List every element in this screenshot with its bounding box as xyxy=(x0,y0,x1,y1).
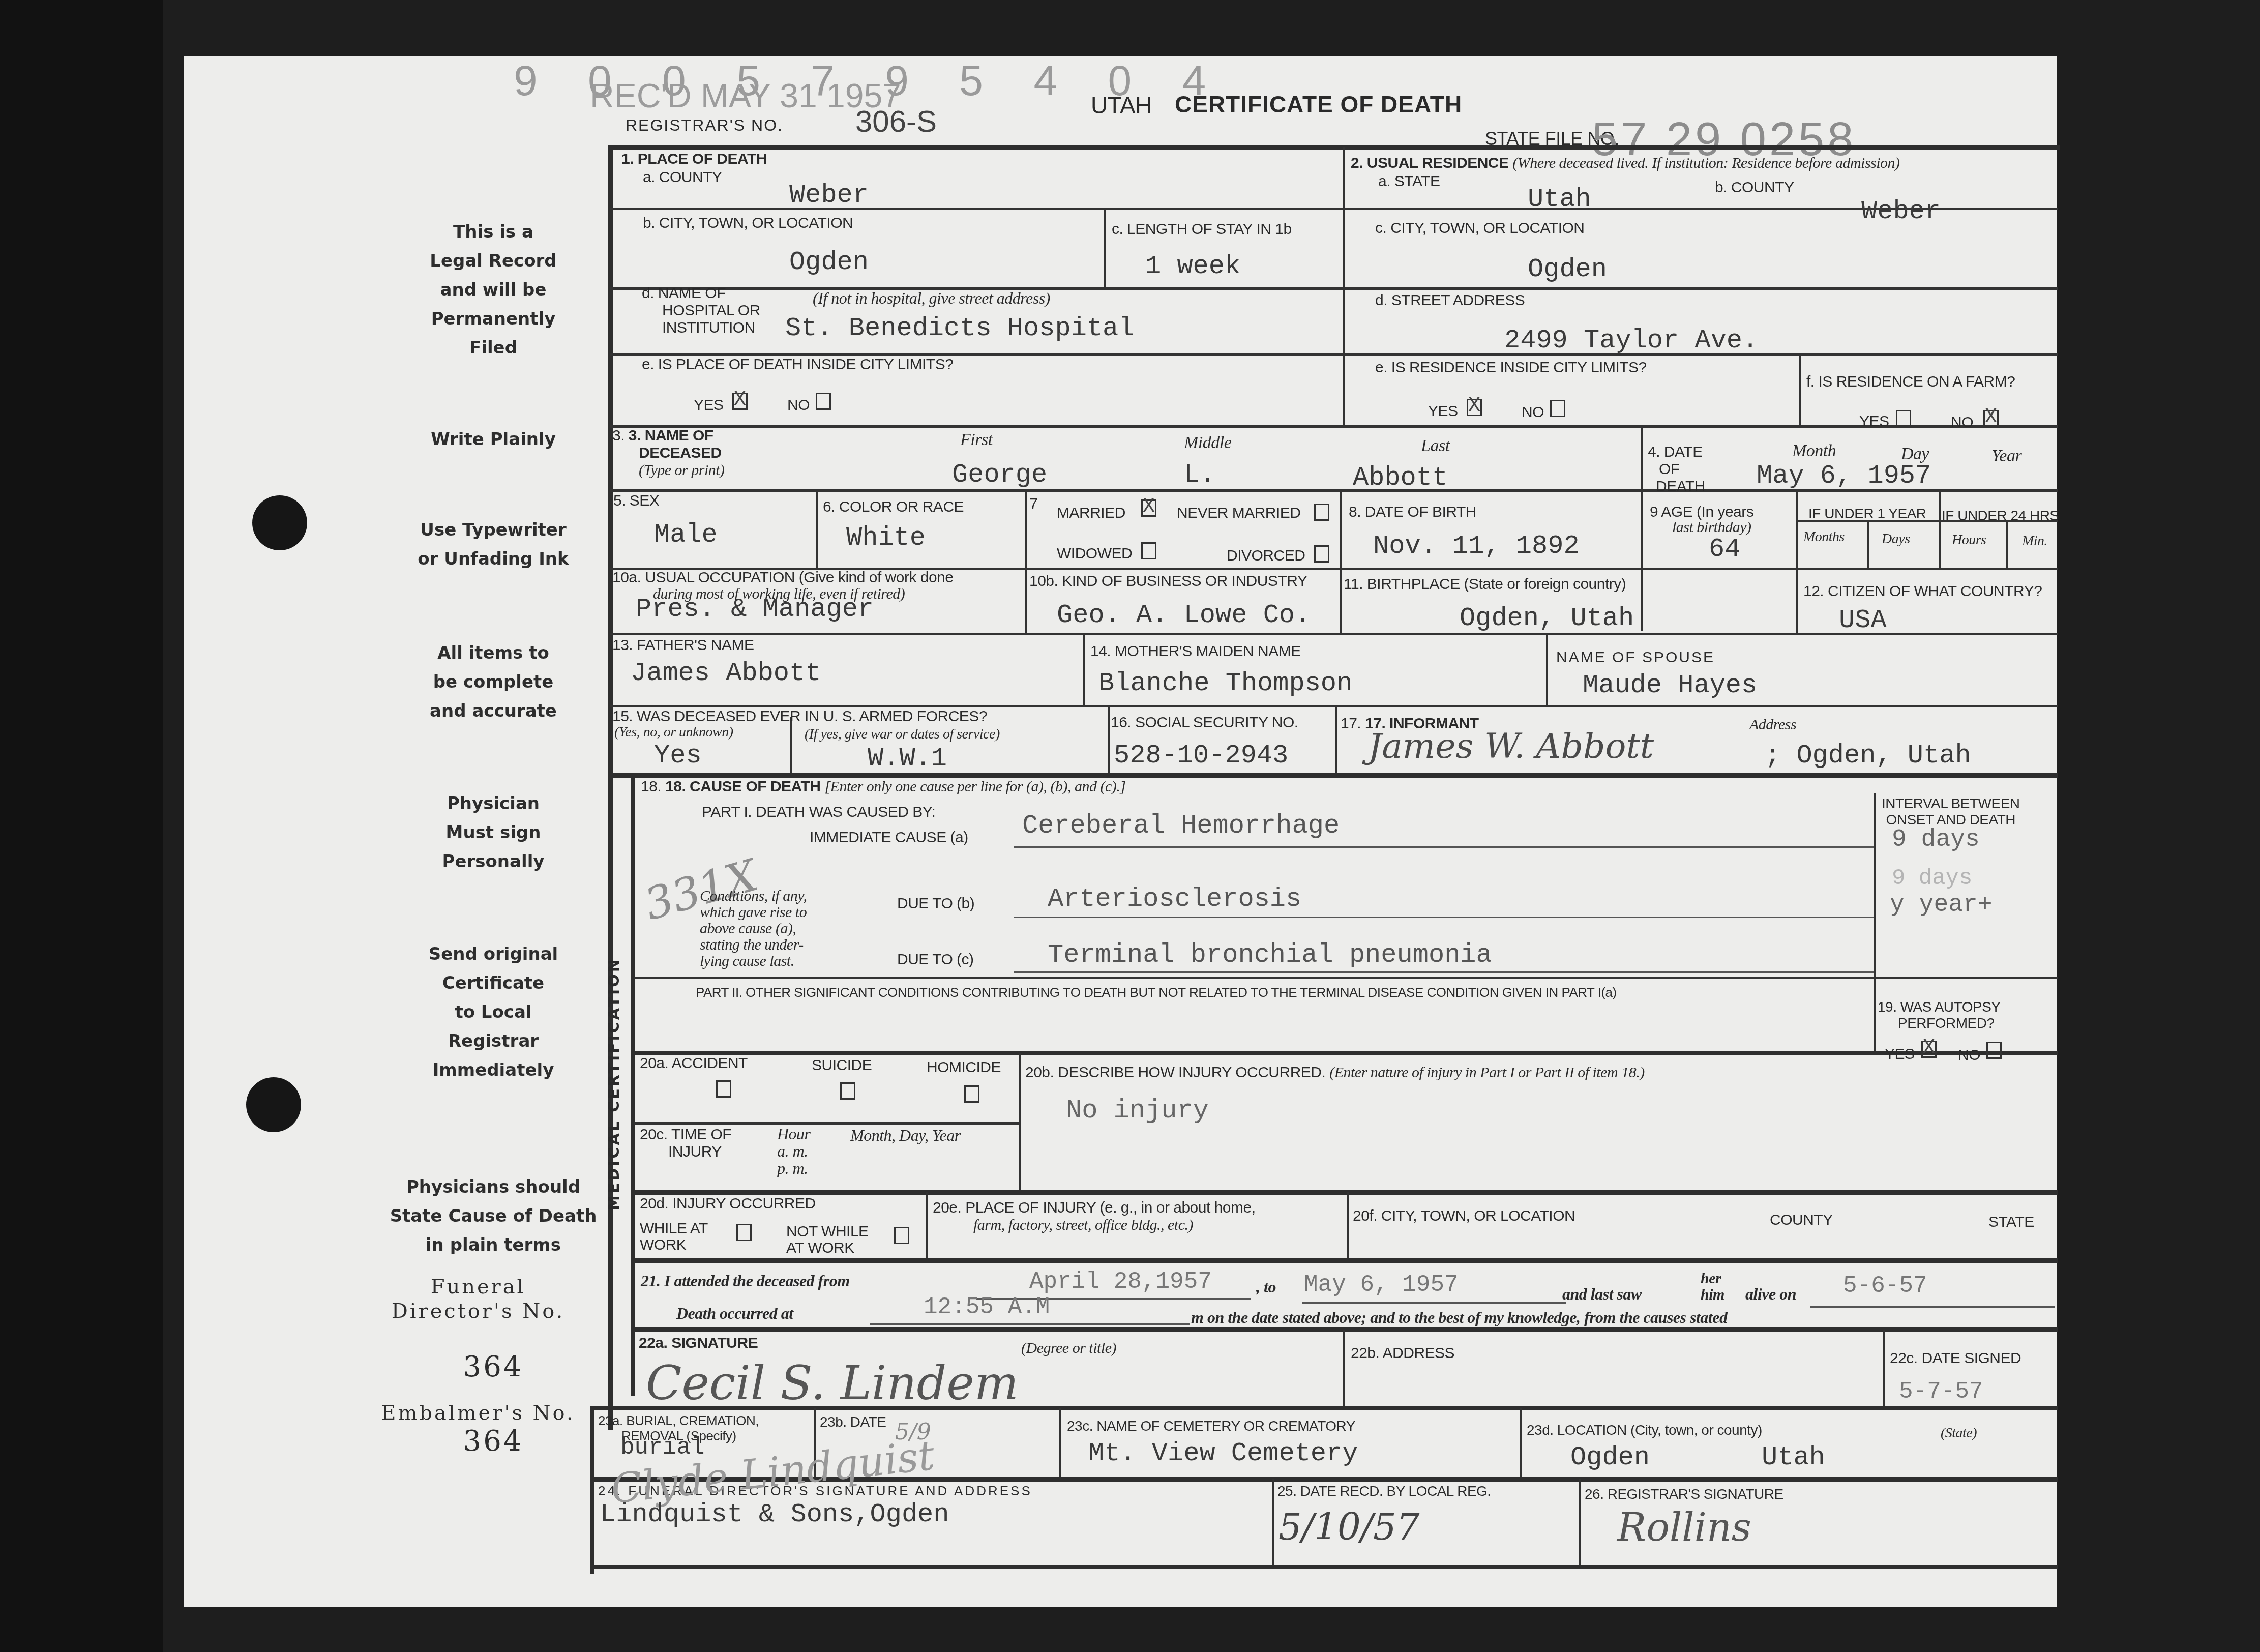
ssn-value: 528-10-2943 xyxy=(1114,741,1288,771)
business-label: 10b. KIND OF BUSINESS OR INDUSTRY xyxy=(1029,573,1307,590)
physician-signature: Cecil S. Lindem xyxy=(646,1356,1019,1410)
divider xyxy=(1104,209,1106,288)
time-of-injury-label: 20c. TIME OFINJURY xyxy=(640,1126,731,1161)
divorced-label: DIVORCED xyxy=(1227,547,1305,565)
mother-name-value: Blanche Thompson xyxy=(1098,668,1352,698)
burial-date-label: 23b. DATE xyxy=(820,1414,886,1430)
location-city-value: Ogden xyxy=(1570,1442,1650,1472)
location-state-value: Utah xyxy=(1762,1442,1825,1472)
suicide-checkbox[interactable] xyxy=(840,1082,855,1100)
last-saw-value: 5-6-57 xyxy=(1843,1273,1927,1299)
months-label: Months xyxy=(1803,529,1845,545)
street-address-value: 2499 Taylor Ave. xyxy=(1504,326,1758,356)
autopsy-yes-checkbox[interactable]: X xyxy=(1921,1041,1937,1058)
injury-city-label: 20f. CITY, TOWN, OR LOCATION xyxy=(1353,1207,1575,1225)
margin-note-send: Send originalCertificateto LocalRegistra… xyxy=(397,940,590,1085)
date-recd-label: 25. DATE RECD. BY LOCAL REG. xyxy=(1277,1483,1491,1499)
divider xyxy=(1272,1479,1274,1565)
attended-from-value: April 28,1957 xyxy=(1029,1268,1212,1295)
spouse-name-value: Maude Hayes xyxy=(1583,670,1757,700)
marital-status-label: 7 xyxy=(1029,495,1037,513)
date-of-birth-label: 8. DATE OF BIRTH xyxy=(1349,504,1476,521)
margin-note-physician: PhysicianMust signPersonally xyxy=(397,789,590,876)
scanner-left-band xyxy=(0,0,163,1652)
margin-note-legal: This is aLegal Recordand will bePermanen… xyxy=(397,218,590,363)
stay-value: 1 week xyxy=(1145,251,1240,281)
death-time-value: 12:55 A.M xyxy=(924,1294,1050,1320)
describe-injury-label: 20b. DESCRIBE HOW INJURY OCCURRED. (Ente… xyxy=(1025,1064,1645,1081)
yes-label: YES xyxy=(1428,403,1458,420)
accident-label: 20a. ACCIDENT xyxy=(640,1055,748,1072)
no-label: NO xyxy=(1951,414,1973,431)
death-city-value: Ogden xyxy=(789,247,869,277)
last-name-label: Last xyxy=(1421,436,1450,456)
ssn-label: 16. SOCIAL SECURITY NO. xyxy=(1111,714,1298,731)
location-state-label: (State) xyxy=(1941,1425,1977,1441)
age-label: 9 AGE (In yearslast birthday) xyxy=(1650,505,1753,535)
autopsy-no-checkbox[interactable] xyxy=(1986,1042,2002,1059)
attended-to-line xyxy=(1302,1302,1566,1304)
divider xyxy=(1340,490,1342,633)
funeral-director-value: Lindquist & Sons,Ogden xyxy=(600,1499,949,1529)
divider xyxy=(1867,521,1869,569)
due-to-c-line xyxy=(1014,971,1874,973)
embalmer-no-label: Embalmer's No. xyxy=(366,1401,590,1425)
race-value: White xyxy=(846,523,926,553)
divider xyxy=(816,490,818,568)
divider xyxy=(1343,147,1345,425)
autopsy-label: 19. WAS AUTOPSYPERFORMED? xyxy=(1878,999,2000,1031)
no-label: NO xyxy=(1958,1047,1980,1064)
widowed-checkbox[interactable] xyxy=(1141,542,1156,559)
physician-address-label: 22b. ADDRESS xyxy=(1351,1345,1454,1362)
county-label: a. COUNTY xyxy=(643,169,722,186)
homicide-label: HOMICIDE xyxy=(927,1059,1001,1076)
divider xyxy=(1520,1408,1522,1479)
sex-value: Male xyxy=(654,520,718,550)
injury-state-label: STATE xyxy=(1988,1214,2034,1231)
divider xyxy=(1799,356,1801,425)
margin-note-complete: All items tobe completeand accurate xyxy=(397,639,590,726)
part2-label: PART II. OTHER SIGNIFICANT CONDITIONS CO… xyxy=(696,985,1617,1000)
date-of-death-value: May 6, 1957 xyxy=(1757,461,1931,491)
medical-certification-label: MEDICAL CERTIFICATION xyxy=(605,957,623,1211)
spouse-name-label: NAME OF SPOUSE xyxy=(1556,649,1715,666)
cemetery-label: 23c. NAME OF CEMETERY OR CREMATORY xyxy=(1067,1418,1355,1434)
divider xyxy=(926,1192,928,1258)
age-value: 64 xyxy=(1709,534,1740,564)
first-name-label: First xyxy=(960,430,993,450)
last-saw-line xyxy=(1810,1306,2055,1308)
due-to-b-line xyxy=(1014,917,1874,918)
immediate-cause-value: Cereberal Hemorrhage xyxy=(1022,811,1340,841)
date-signed-value: 5-7-57 xyxy=(1899,1378,1983,1405)
never-married-label: NEVER MARRIED xyxy=(1177,505,1301,522)
form-top-border xyxy=(608,145,2060,150)
divider xyxy=(1108,706,1110,775)
residence-inside-limits-yes-checkbox[interactable]: X xyxy=(1467,399,1482,416)
divider xyxy=(1025,490,1027,633)
first-name-value: George xyxy=(952,460,1047,490)
birthplace-value: Ogden, Utah xyxy=(1460,603,1634,633)
min-label: Min. xyxy=(2022,533,2047,549)
her-him-label: herhim xyxy=(1701,1271,1724,1303)
death-time-line xyxy=(870,1323,1190,1325)
divider xyxy=(610,425,2058,428)
citizen-label: 12. CITIZEN OF WHAT COUNTRY? xyxy=(1803,583,2042,600)
title-state: UTAH xyxy=(1091,92,1152,119)
cemetery-value: Mt. View Cemetery xyxy=(1088,1438,1358,1468)
business-value: Geo. A. Lowe Co. xyxy=(1057,600,1311,630)
never-married-checkbox[interactable] xyxy=(1314,504,1329,521)
death-inside-limits-yes-checkbox[interactable]: X xyxy=(732,393,748,410)
divider xyxy=(634,1051,2058,1055)
location-label: 23d. LOCATION (City, town, or county) xyxy=(1527,1422,1762,1438)
year-label: Year xyxy=(1991,447,2021,466)
divider xyxy=(1883,1330,1885,1406)
divider xyxy=(634,1122,1020,1125)
middle-name-value: L. xyxy=(1184,460,1215,490)
residence-state-label: a. STATE xyxy=(1378,173,1440,190)
immediate-cause-line xyxy=(1014,846,1874,848)
received-stamp: REC'D MAY 31 1957 xyxy=(590,76,901,115)
divider xyxy=(610,773,2058,778)
death-county-value: Weber xyxy=(789,180,869,210)
yes-label: YES xyxy=(1885,1046,1915,1063)
divider xyxy=(1796,490,1798,633)
divider xyxy=(1579,1479,1581,1565)
date-signed-label: 22c. DATE SIGNED xyxy=(1890,1350,2021,1367)
place-of-death-label: 1. PLACE OF DEATH xyxy=(621,151,767,168)
citizen-value: USA xyxy=(1839,605,1887,635)
divider xyxy=(634,1258,2058,1263)
attended-to-value: May 6, 1957 xyxy=(1304,1272,1459,1298)
divider xyxy=(790,717,792,775)
middle-name-label: Middle xyxy=(1184,433,1231,453)
registrar-no: 306-S xyxy=(855,104,937,139)
attended-label: 21. I attended the deceased from xyxy=(641,1272,850,1290)
punch-hole xyxy=(252,495,307,550)
form-bottom-border xyxy=(590,1565,2058,1569)
residence-inside-limits-label: e. IS RESIDENCE INSIDE CITY LIMITS? xyxy=(1375,359,1647,376)
medical-border xyxy=(631,775,635,1396)
punch-hole xyxy=(246,1077,301,1132)
informant-signature: James W. Abbott xyxy=(1368,726,1654,766)
month-label: Month xyxy=(1792,441,1836,461)
to-label: , to xyxy=(1256,1278,1276,1296)
degree-label: (Degree or title) xyxy=(1021,1340,1116,1357)
divorced-checkbox[interactable] xyxy=(1314,545,1329,563)
interval-b-faint: 9 days xyxy=(1892,866,1972,891)
death-statement: m on the date stated above; and to the b… xyxy=(1191,1308,1727,1327)
alive-on-label: alive on xyxy=(1745,1285,1796,1304)
form-left-border xyxy=(608,145,613,1430)
cause-of-death-label: 18. 18. CAUSE OF DEATH [Enter only one c… xyxy=(641,778,1125,795)
residence-city-value: Ogden xyxy=(1528,254,1607,284)
residence-county-value: Weber xyxy=(1861,196,1941,226)
hospital-hint: (If not in hospital, give street address… xyxy=(813,289,1050,308)
divider xyxy=(1019,1053,1021,1190)
divider xyxy=(610,705,2058,707)
injury-county-label: COUNTY xyxy=(1770,1212,1833,1229)
divider xyxy=(1641,427,1643,631)
due-to-b-label: DUE TO (b) xyxy=(897,895,974,912)
sex-label: 5. SEX xyxy=(613,492,659,510)
divider xyxy=(1939,490,1941,569)
margin-note-typewriter: Use Typewriteror Unfading Ink xyxy=(397,516,590,574)
farm-no-checkbox[interactable]: X xyxy=(1983,410,1999,427)
residence-state-value: Utah xyxy=(1528,184,1591,214)
yes-label: YES xyxy=(1859,413,1889,430)
war-value: W.W.1 xyxy=(868,744,947,774)
mother-name-label: 14. MOTHER'S MAIDEN NAME xyxy=(1090,643,1301,660)
date-of-death-label: 4. DATEOFDEATH xyxy=(1648,444,1705,495)
street-address-label: d. STREET ADDRESS xyxy=(1375,292,1525,309)
margin-note-write: Write Plainly xyxy=(397,425,590,454)
registrar-no-label: REGISTRAR'S NO. xyxy=(626,116,783,135)
divider xyxy=(1546,634,1548,706)
injury-occurred-label: 20d. INJURY OCCURRED xyxy=(640,1195,816,1213)
date-recd-value: 5/10/57 xyxy=(1278,1506,1420,1548)
informant-address-label: Address xyxy=(1749,716,1796,733)
yes-label: YES xyxy=(694,397,724,414)
while-at-work-checkbox[interactable] xyxy=(736,1224,752,1241)
divider xyxy=(634,977,2058,979)
homicide-checkbox[interactable] xyxy=(964,1085,979,1103)
divider xyxy=(1335,706,1337,775)
divider xyxy=(1347,1192,1349,1258)
registrar-signature: Rollins xyxy=(1617,1504,1751,1550)
divider xyxy=(1083,634,1085,706)
divider xyxy=(1874,793,1876,1053)
residence-city-label: c. CITY, TOWN, OR LOCATION xyxy=(1375,220,1585,237)
father-name-value: James Abbott xyxy=(631,658,821,688)
widowed-label: WIDOWED xyxy=(1057,545,1132,563)
usual-residence-label: 2. USUAL RESIDENCE (Where deceased lived… xyxy=(1351,155,1900,172)
form-bottom-left-border xyxy=(590,1406,594,1574)
no-label: NO xyxy=(1522,404,1544,421)
month-day-year-label: Month, Day, Year xyxy=(850,1126,961,1145)
farm-yes-checkbox[interactable] xyxy=(1896,410,1911,427)
funeral-director-no-label: FuneralDirector's No. xyxy=(366,1275,590,1323)
embalmer-no: 364 xyxy=(397,1429,590,1454)
residence-county-label: b. COUNTY xyxy=(1715,179,1794,196)
due-to-c-label: DUE TO (c) xyxy=(897,951,974,968)
war-hint: (If yes, give war or dates of service) xyxy=(805,726,1000,743)
part1-label: PART I. DEATH WAS CAUSED BY: xyxy=(702,804,935,821)
married-label: MARRIED xyxy=(1057,505,1125,522)
suicide-label: SUICIDE xyxy=(812,1057,872,1074)
while-at-work-label: WHILE ATWORK xyxy=(640,1221,708,1253)
birthplace-label: 11. BIRTHPLACE (State or foreign country… xyxy=(1344,576,1626,593)
immediate-cause-label: IMMEDIATE CAUSE (a) xyxy=(810,829,968,846)
registrar-signature-label: 26. REGISTRAR'S SIGNATURE xyxy=(1585,1486,1783,1502)
not-while-at-work-label: NOT WHILEAT WORK xyxy=(786,1224,869,1256)
divider xyxy=(2006,521,2008,569)
hospital-value: St. Benedicts Hospital xyxy=(785,313,1135,343)
days-label: Days xyxy=(1882,531,1910,547)
interval-b-value: y year+ xyxy=(1890,891,1993,919)
interval-a-value: 9 days xyxy=(1892,826,1980,853)
hours-label: Hours xyxy=(1952,532,1986,548)
hospital-label: d. NAME OFHOSPITAL ORINSTITUTION xyxy=(642,285,760,337)
last-saw-label: and last saw xyxy=(1562,1285,1642,1304)
date-of-birth-value: Nov. 11, 1892 xyxy=(1373,531,1580,561)
due-to-b-value: Arteriosclerosis xyxy=(1048,884,1301,914)
divider xyxy=(1343,1330,1345,1406)
funeral-director-no: 364 xyxy=(397,1355,590,1379)
informant-address-value: ; Ogden, Utah xyxy=(1765,741,1971,771)
divider xyxy=(1059,1408,1061,1479)
due-to-c-value: Terminal bronchial pneumonia xyxy=(1048,940,1492,970)
place-of-injury-label: 20e. PLACE OF INJURY (e. g., in or about… xyxy=(933,1199,1256,1234)
death-occurred-label: Death occurred at xyxy=(676,1304,793,1323)
deceased-name-label: 3. 3. NAME OF DECEASED (Type or print) xyxy=(612,427,725,479)
death-inside-limits-label: e. IS PLACE OF DEATH INSIDE CITY LIMITS? xyxy=(642,356,953,373)
hour-label: Houra. m.p. m. xyxy=(777,1125,811,1177)
signature-label: 22a. SIGNATURE xyxy=(639,1335,758,1352)
no-label: NO xyxy=(787,397,810,414)
under-24-hrs-label: IF UNDER 24 HRS xyxy=(1942,508,2059,524)
divider xyxy=(634,1190,2058,1195)
race-label: 6. COLOR OR RACE xyxy=(823,498,964,516)
describe-injury-value: No injury xyxy=(1066,1096,1209,1126)
last-name-value: Abbott xyxy=(1353,463,1448,493)
accident-checkbox[interactable] xyxy=(716,1080,731,1098)
armed-forces-label: 15. WAS DECEASED EVER IN U. S. ARMED FOR… xyxy=(612,708,987,725)
interval-label: INTERVAL BETWEENONSET AND DEATH xyxy=(1882,795,2020,828)
conditions-hint: Conditions, if any,which gave rise toabo… xyxy=(700,888,807,969)
stay-label: c. LENGTH OF STAY IN 1b xyxy=(1112,221,1292,238)
armed-forces-value: Yes xyxy=(654,741,702,771)
not-while-at-work-checkbox[interactable] xyxy=(894,1227,909,1244)
residence-inside-limits-no-checkbox[interactable] xyxy=(1550,400,1565,417)
under-1-year-label: IF UNDER 1 YEAR xyxy=(1808,506,1926,522)
occupation-value: Pres. & Manager xyxy=(636,594,874,624)
divider xyxy=(634,1327,2058,1332)
armed-forces-hint: (Yes, no, or unknown) xyxy=(614,724,733,741)
death-inside-limits-no-checkbox[interactable] xyxy=(816,393,831,410)
city-label: b. CITY, TOWN, OR LOCATION xyxy=(643,215,853,232)
page-title: CERTIFICATE OF DEATH xyxy=(1175,91,1462,118)
father-name-label: 13. FATHER'S NAME xyxy=(612,637,754,654)
married-checkbox[interactable]: X xyxy=(1141,499,1156,517)
farm-label: f. IS RESIDENCE ON A FARM? xyxy=(1806,373,2015,391)
margin-note-plain-terms: Physicians shouldState Cause of Deathin … xyxy=(376,1173,610,1260)
